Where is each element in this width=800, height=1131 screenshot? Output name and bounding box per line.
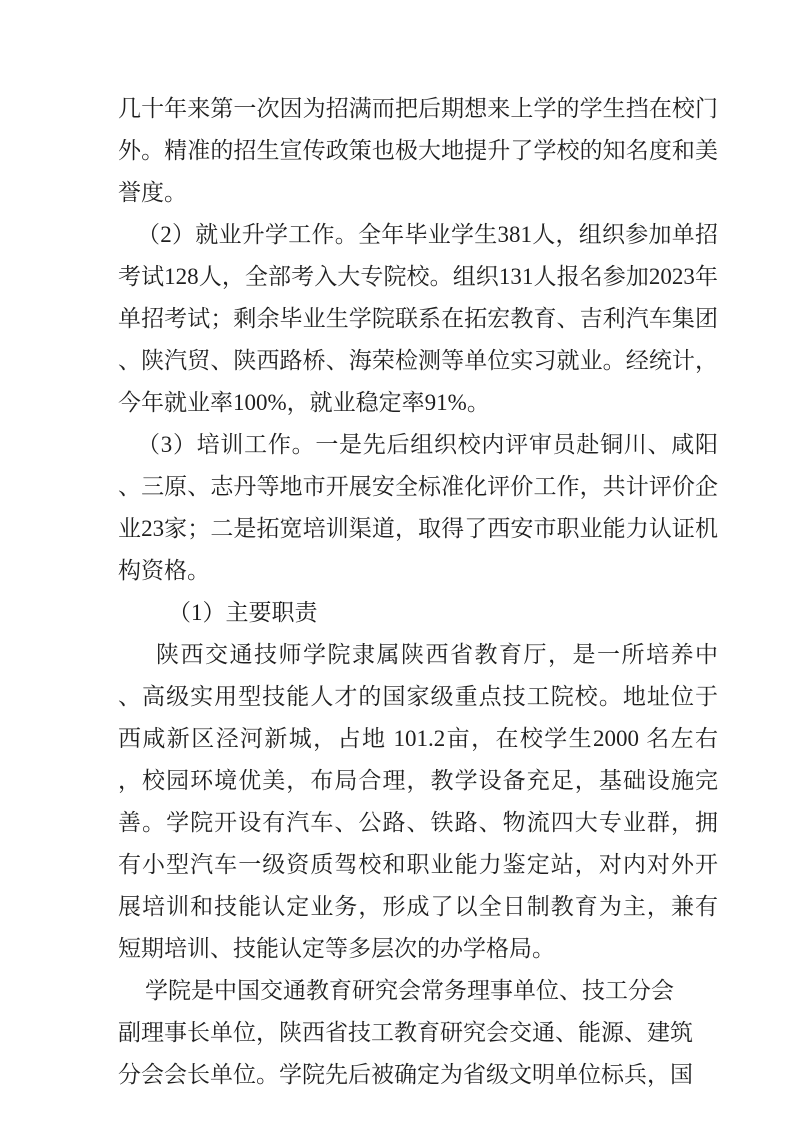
- text-line: 考试128人，全部考入大专院校。组织131人报名参加2023年: [118, 256, 718, 298]
- paragraph-college-overview: 陕西交通技师学院隶属陕西省教育厅，是一所培养中 、高级实用型技能人才的国家级重点…: [118, 634, 718, 970]
- text-line: 善。学院开设有汽车、公路、铁路、物流四大专业群，拥: [118, 802, 718, 844]
- text-line: 、三原、志丹等地市开展安全标准化评价工作，共计评价企: [118, 466, 718, 508]
- paragraph-training-work: （3）培训工作。一是先后组织校内评审员赴铜川、咸阳 、三原、志丹等地市开展安全标…: [118, 424, 718, 592]
- text-line: 陕西交通技师学院隶属陕西省教育厅，是一所培养中: [118, 634, 718, 676]
- text-line: 几十年来第一次因为招满而把后期想来上学的学生挡在校门: [118, 88, 718, 130]
- text-line: 短期培训、技能认定等多层次的办学格局。: [118, 928, 718, 970]
- section-heading: （1）主要职责: [118, 592, 718, 634]
- paragraph-recruitment-continuation: 几十年来第一次因为招满而把后期想来上学的学生挡在校门 外。精准的招生宣传政策也极…: [118, 88, 718, 214]
- text-line: 构资格。: [118, 550, 718, 592]
- document-page: 几十年来第一次因为招满而把后期想来上学的学生挡在校门 外。精准的招生宣传政策也极…: [0, 0, 800, 1131]
- document-text-block: 几十年来第一次因为招满而把后期想来上学的学生挡在校门 外。精准的招生宣传政策也极…: [118, 88, 718, 1096]
- paragraph-college-memberships: 学院是中国交通教育研究会常务理事单位、技工分会 副理事长单位，陕西省技工教育研究…: [118, 970, 718, 1096]
- text-line: 副理事长单位，陕西省技工教育研究会交通、能源、建筑: [118, 1012, 718, 1054]
- text-line: （2）就业升学工作。全年毕业学生381人，组织参加单招: [118, 214, 718, 256]
- text-line: 学院是中国交通教育研究会常务理事单位、技工分会: [118, 970, 718, 1012]
- text-line: ，校园环境优美，布局合理，教学设备充足，基础设施完: [118, 760, 718, 802]
- text-line: 西咸新区泾河新城，占地 101.2亩，在校学生2000 名左右: [118, 718, 718, 760]
- paragraph-employment-promotion: （2）就业升学工作。全年毕业学生381人，组织参加单招 考试128人，全部考入大…: [118, 214, 718, 424]
- text-line: （3）培训工作。一是先后组织校内评审员赴铜川、咸阳: [118, 424, 718, 466]
- text-line: 今年就业率100%，就业稳定率91%。: [118, 382, 718, 424]
- text-line: 有小型汽车一级资质驾校和职业能力鉴定站，对内对外开: [118, 844, 718, 886]
- text-line: 业23家；二是拓宽培训渠道，取得了西安市职业能力认证机: [118, 508, 718, 550]
- text-line: 、陕汽贸、陕西路桥、海荣检测等单位实习就业。经统计，: [118, 340, 718, 382]
- text-line: 外。精准的招生宣传政策也极大地提升了学校的知名度和美: [118, 130, 718, 172]
- heading-main-duties: （1）主要职责: [118, 592, 718, 634]
- text-line: 、高级实用型技能人才的国家级重点技工院校。地址位于: [118, 676, 718, 718]
- text-line: 誉度。: [118, 172, 718, 214]
- text-line: 展培训和技能认定业务，形成了以全日制教育为主，兼有: [118, 886, 718, 928]
- text-line: 分会会长单位。学院先后被确定为省级文明单位标兵，国: [118, 1054, 718, 1096]
- text-line: 单招考试；剩余毕业生学院联系在拓宏教育、吉利汽车集团: [118, 298, 718, 340]
